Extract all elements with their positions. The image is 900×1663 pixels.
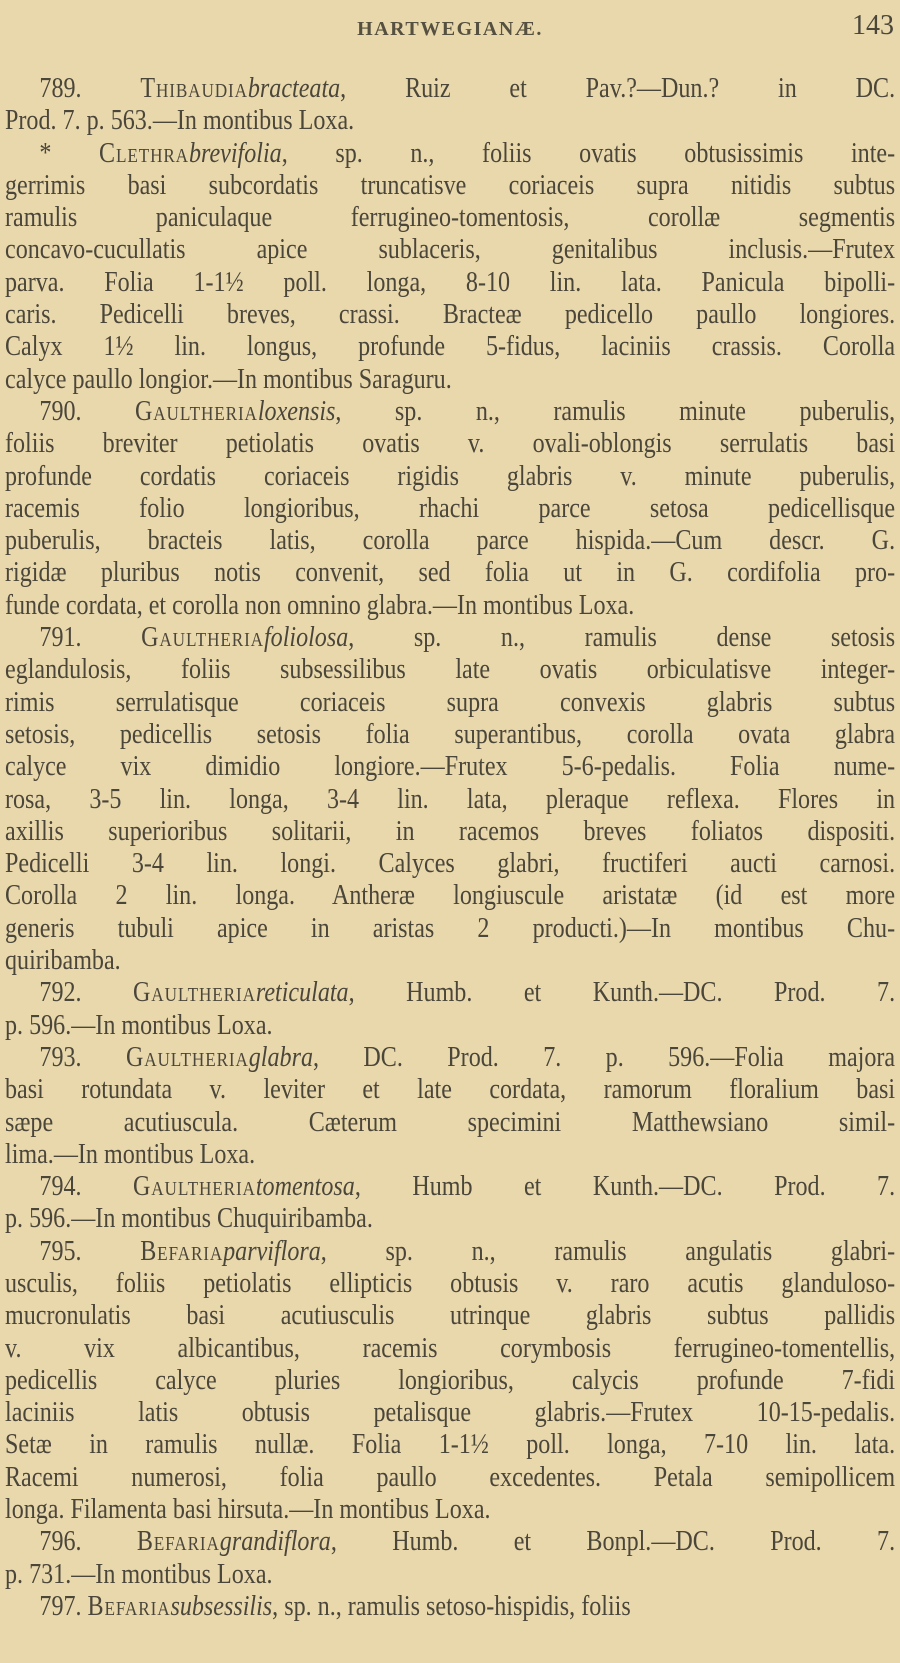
entry-text-line: axillis superioribus solitarii, in racem… <box>5 816 895 848</box>
entry-text-line: parva. Folia 1-1½ poll. longa, 8-10 lin.… <box>5 267 895 299</box>
entry-text-line: pedicellis calyce pluries longioribus, c… <box>5 1365 895 1397</box>
species-epithet: parviflora <box>223 1236 321 1267</box>
entry-text-line: rigidæ pluribus notis convenit, sed foli… <box>5 557 895 589</box>
entry-text: , sp. n., ramulis setoso-hispidis, folii… <box>272 1591 631 1622</box>
entry-number: 795. <box>39 1236 140 1267</box>
species-entry: 795. Befariaparviflora, sp. n., ramulis … <box>5 1236 895 1527</box>
species-epithet: brevifolia <box>189 138 282 169</box>
entry-text-line: setosis, pedicellis setosis folia supera… <box>5 719 895 751</box>
genus-name: Clethra <box>99 138 189 169</box>
entry-text-line: laciniis latis obtusis petalisque glabri… <box>5 1397 895 1429</box>
entry-heading-line: 797. Befariasubsessilis, sp. n., ramulis… <box>5 1591 895 1623</box>
entry-heading-line: 789. Thibaudiabracteata, Ruiz et Pav.?—D… <box>5 73 895 105</box>
species-epithet: foliolosa <box>264 622 348 653</box>
entry-text-line: sæpe acutiuscula. Cæterum specimini Matt… <box>5 1107 895 1139</box>
genus-name: Gaultheria <box>141 622 264 653</box>
entry-text-line: rimis serrulatisque coriaceis supra conv… <box>5 687 895 719</box>
species-entry: * Clethrabrevifolia, sp. n., foliis ovat… <box>5 138 895 396</box>
entry-text: , Humb. et Kunth.—DC. Prod. 7. <box>349 977 895 1008</box>
entry-text-line: foliis breviter petiolatis ovatis v. ova… <box>5 428 895 460</box>
entry-heading-line: 795. Befariaparviflora, sp. n., ramulis … <box>5 1236 895 1268</box>
entry-number: 792. <box>39 977 133 1008</box>
entry-text: , sp. n., ramulis minute puberulis, <box>335 396 895 427</box>
species-entry: 793. Gaultheriaglabra, DC. Prod. 7. p. 5… <box>5 1042 895 1171</box>
species-epithet: bracteata <box>248 73 340 104</box>
entry-text-line: quiribamba. <box>5 945 895 977</box>
entry-text-line: Prod. 7. p. 563.—In montibus Loxa. <box>5 105 895 137</box>
running-title: HARTWEGIANÆ. <box>0 18 900 41</box>
species-epithet: reticulata <box>256 977 349 1008</box>
entry-text-line: mucronulatis basi acutiusculis utrinque … <box>5 1300 895 1332</box>
species-epithet: glabra <box>249 1042 313 1073</box>
entry-text-line: eglandulosis, foliis subsessilibus late … <box>5 654 895 686</box>
entry-text-line: Setæ in ramulis nullæ. Folia 1-1½ poll. … <box>5 1429 895 1461</box>
entry-text-line: Calyx 1½ lin. longus, profunde 5-fidus, … <box>5 331 895 363</box>
book-page: HARTWEGIANÆ. 143 789. Thibaudiabracteata… <box>0 0 900 1663</box>
entry-text-line: p. 731.—In montibus Loxa. <box>5 1559 895 1591</box>
running-head: HARTWEGIANÆ. 143 <box>0 10 900 50</box>
genus-name: Befaria <box>137 1526 220 1557</box>
genus-name: Gaultheria <box>133 1171 256 1202</box>
entry-heading-line: 791. Gaultheriafoliolosa, sp. n., ramuli… <box>5 622 895 654</box>
entry-text-line: p. 596.—In montibus Loxa. <box>5 1010 895 1042</box>
entry-text-line: p. 596.—In montibus Chuquiribamba. <box>5 1203 895 1235</box>
species-epithet: subsessilis <box>170 1591 272 1622</box>
entry-number: 791. <box>39 622 141 653</box>
entry-text: , Humb. et Bonpl.—DC. Prod. 7. <box>331 1526 895 1557</box>
entry-text: , DC. Prod. 7. p. 596.—Folia majora <box>313 1042 895 1073</box>
entry-text-line: profunde cordatis coriaceis rigidis glab… <box>5 461 895 493</box>
entry-text-line: Pedicelli 3-4 lin. longi. Calyces glabri… <box>5 848 895 880</box>
entry-text-line: Racemi numerosi, folia paullo excedentes… <box>5 1462 895 1494</box>
entry-text-line: Corolla 2 lin. longa. Antheræ longiuscul… <box>5 880 895 912</box>
entry-text: , sp. n., ramulis angulatis glabri- <box>321 1236 895 1267</box>
entry-text-line: calyce paullo longior.—In montibus Sarag… <box>5 364 895 396</box>
entry-text-line: v. vix albicantibus, racemis corymbosis … <box>5 1333 895 1365</box>
genus-name: Befaria <box>140 1236 223 1267</box>
entry-text-line: concavo-cucullatis apice sublaceris, gen… <box>5 234 895 266</box>
entry-text-line: ramulis paniculaque ferrugineo-tomentosi… <box>5 202 895 234</box>
entry-text-line: lima.—In montibus Loxa. <box>5 1139 895 1171</box>
entry-text-line: caris. Pedicelli breves, crassi. Bracteæ… <box>5 299 895 331</box>
species-entry: 789. Thibaudiabracteata, Ruiz et Pav.?—D… <box>5 73 895 138</box>
species-entry: 791. Gaultheriafoliolosa, sp. n., ramuli… <box>5 622 895 977</box>
entry-text: , sp. n., ramulis dense setosis <box>348 622 895 653</box>
entry-number: 790. <box>39 396 135 427</box>
entry-number: * <box>39 138 99 169</box>
species-epithet: tomentosa <box>256 1171 355 1202</box>
entry-number: 797. <box>39 1591 87 1622</box>
species-epithet: loxensis <box>258 396 336 427</box>
entry-heading-line: 793. Gaultheriaglabra, DC. Prod. 7. p. 5… <box>5 1042 895 1074</box>
entry-heading-line: 790. Gaultherialoxensis, sp. n., ramulis… <box>5 396 895 428</box>
genus-name: Gaultheria <box>135 396 258 427</box>
entry-text: , Humb et Kunth.—DC. Prod. 7. <box>355 1171 895 1202</box>
species-entry: 792. Gaultheriareticulata, Humb. et Kunt… <box>5 977 895 1042</box>
species-entry: 796. Befariagrandiflora, Humb. et Bonpl.… <box>5 1526 895 1591</box>
page-number: 143 <box>852 10 894 42</box>
genus-name: Gaultheria <box>133 977 256 1008</box>
entry-heading-line: 796. Befariagrandiflora, Humb. et Bonpl.… <box>5 1526 895 1558</box>
entry-text-line: racemis folio longioribus, rhachi parce … <box>5 493 895 525</box>
entry-number: 789. <box>39 73 140 104</box>
entry-text-line: usculis, foliis petiolatis ellipticis ob… <box>5 1268 895 1300</box>
species-epithet: grandiflora <box>220 1526 331 1557</box>
entry-heading-line: 794. Gaultheriatomentosa, Humb et Kunth.… <box>5 1171 895 1203</box>
entry-heading-line: * Clethrabrevifolia, sp. n., foliis ovat… <box>5 138 895 170</box>
entry-number: 793. <box>39 1042 126 1073</box>
species-entry: 797. Befariasubsessilis, sp. n., ramulis… <box>5 1591 895 1623</box>
entry-heading-line: 792. Gaultheriareticulata, Humb. et Kunt… <box>5 977 895 1009</box>
entry-text: , sp. n., foliis ovatis obtusissimis int… <box>282 138 895 169</box>
species-entry: 794. Gaultheriatomentosa, Humb et Kunth.… <box>5 1171 895 1236</box>
entry-text-line: longa. Filamenta basi hirsuta.—In montib… <box>5 1494 895 1526</box>
entry-text-line: rosa, 3-5 lin. longa, 3-4 lin. lata, ple… <box>5 784 895 816</box>
entry-number: 796. <box>39 1526 136 1557</box>
page-body: 789. Thibaudiabracteata, Ruiz et Pav.?—D… <box>5 73 895 1623</box>
entry-text-line: generis tubuli apice in aristas 2 produc… <box>5 913 895 945</box>
entry-text: , Ruiz et Pav.?—Dun.? in DC. <box>340 73 895 104</box>
entry-text-line: basi rotundata v. leviter et late cordat… <box>5 1074 895 1106</box>
entry-text-line: funde cordata, et corolla non omnino gla… <box>5 590 895 622</box>
genus-name: Befaria <box>88 1591 171 1622</box>
entry-text-line: calyce vix dimidio longiore.—Frutex 5-6-… <box>5 751 895 783</box>
genus-name: Gaultheria <box>126 1042 249 1073</box>
entry-number: 794. <box>39 1171 133 1202</box>
species-entry: 790. Gaultherialoxensis, sp. n., ramulis… <box>5 396 895 622</box>
entry-text-line: gerrimis basi subcordatis truncatisve co… <box>5 170 895 202</box>
genus-name: Thibaudia <box>140 73 247 104</box>
entry-text-line: puberulis, bracteis latis, corolla parce… <box>5 525 895 557</box>
